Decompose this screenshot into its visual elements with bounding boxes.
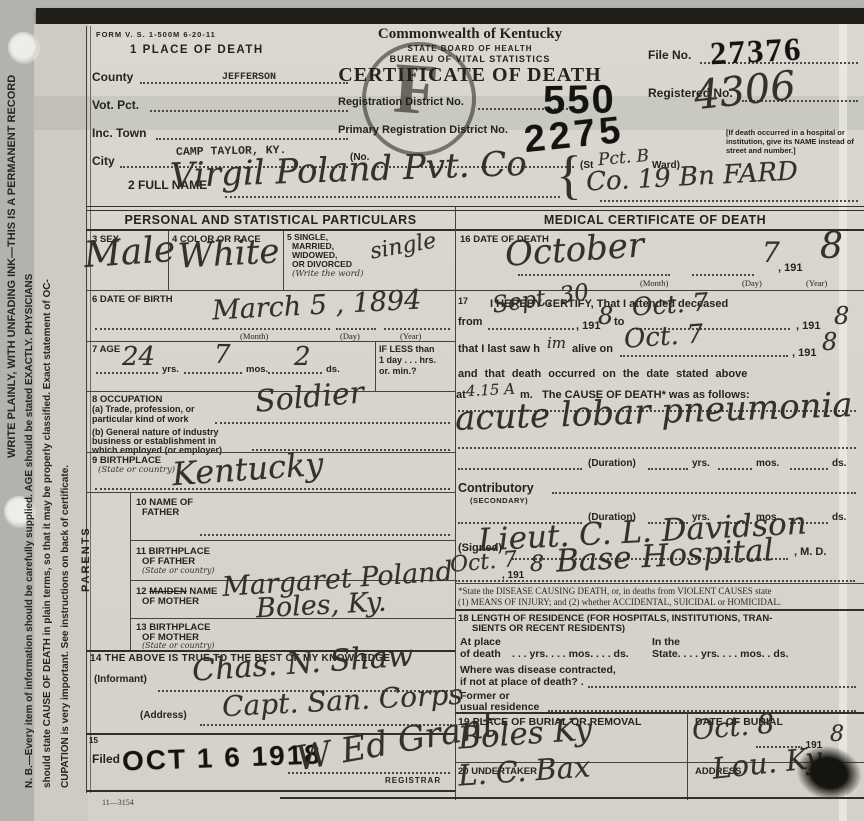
parents-label: PARENTS — [80, 526, 92, 592]
alive-line — [620, 355, 788, 357]
contracted-line — [588, 686, 856, 688]
age-yrs-label: yrs. — [162, 364, 179, 375]
inc-town-label: Inc. Town — [92, 126, 146, 140]
footnote-line-1: *State the DISEASE CAUSING DEATH, or, in… — [458, 586, 772, 596]
occupation-a-line — [215, 422, 450, 424]
dob-year-sub: (Year) — [400, 331, 421, 341]
mother-name-label-2: OF MOTHER — [142, 596, 199, 607]
medical-section-title: MEDICAL CERTIFICATE OF DEATH — [455, 213, 855, 227]
age-less-2: 1 day . . . hrs. — [379, 355, 436, 365]
contributory-line — [552, 492, 856, 494]
marital-note: (Write the word) — [292, 269, 363, 279]
last-saw-label: that I last saw h — [458, 343, 540, 355]
duration-label-1: (Duration) — [588, 458, 636, 469]
alive-on-label: alive on — [572, 343, 613, 355]
duration-line-1a — [458, 468, 582, 470]
duration-line-1d — [790, 468, 828, 470]
parents-line-540 — [130, 540, 455, 541]
duration-ds-2: ds. — [832, 512, 846, 523]
duration-line-1c — [718, 468, 752, 470]
age-line-2 — [184, 372, 242, 374]
in-the-label: In the — [652, 636, 680, 648]
sex-value: Male — [83, 229, 177, 276]
dob-day-sub: (Day) — [340, 331, 360, 341]
occurred-text: and that death occurred on the date stat… — [458, 368, 747, 380]
form-left-border-inner — [90, 26, 91, 793]
duration-mos-1: mos. — [756, 458, 779, 469]
death-year-printed: , 191 — [778, 262, 802, 274]
death-certificate-scan: WRITE PLAINLY, WITH UNFADING INK—THIS IS… — [0, 0, 864, 821]
burial-divider — [687, 712, 688, 800]
full-name-line — [225, 196, 560, 198]
footnote-top-rule — [455, 583, 864, 584]
race-marital-divider — [283, 231, 284, 290]
age-ds-label: ds. — [326, 364, 340, 375]
registrar-label: REGISTRAR — [385, 776, 441, 785]
place-of-death-heading: 1 PLACE OF DEATH — [130, 44, 264, 56]
age-days-value: 2 — [294, 342, 311, 372]
at-place-label-2: of death — [460, 648, 501, 660]
vot-pct-line — [150, 110, 348, 112]
dob-line-3 — [384, 328, 450, 330]
vot-pct-label: Vot. Pct. — [92, 98, 139, 112]
signed-place-line — [455, 580, 855, 582]
death-month-sub: (Month) — [640, 278, 668, 288]
address-label: (Address) — [140, 710, 187, 721]
death-year-sub: (Year) — [806, 278, 827, 288]
state-units: State. . . . yrs. . . . mos. . ds. — [652, 648, 789, 660]
from-year-digit: 8 — [598, 302, 613, 330]
signed-year-digit: 8 — [530, 552, 544, 577]
footnote-bottom-rule — [455, 609, 864, 611]
death-month-line — [518, 274, 670, 276]
dob-month-sub: (Month) — [240, 331, 268, 341]
mother-birthplace-note: (State or country) — [142, 641, 215, 650]
filed-label: Filed — [92, 752, 120, 766]
margin-note-line4: CUPATION is very important. See instruct… — [60, 18, 71, 788]
age-less-1: IF LESS than — [379, 344, 435, 354]
row-line-492 — [86, 492, 455, 493]
secondary-note: (SECONDARY) — [470, 496, 528, 505]
dob-line-1 — [95, 328, 330, 330]
duration-line-1b — [648, 468, 688, 470]
county-label: County — [92, 70, 133, 84]
death-year-digit: 8 — [820, 226, 843, 267]
him-value: im — [547, 334, 566, 352]
contracted-label-1: Where was disease contracted, — [460, 664, 616, 676]
to-year-digit: 8 — [834, 302, 849, 330]
age-months-value: 7 — [214, 340, 231, 370]
from-line — [488, 328, 574, 330]
from-year-printed: , 191 — [576, 320, 600, 332]
brace: { — [556, 144, 582, 206]
dob-line-2 — [336, 328, 376, 330]
parents-line-618 — [130, 618, 455, 619]
age-label: 7 AGE — [92, 344, 120, 355]
file-no-label: File No. — [648, 48, 691, 62]
section-title-rule — [86, 229, 864, 231]
occupation-a-2: particular kind of work — [92, 414, 189, 424]
residence-units-left: . . . yrs. . . . mos. . . . ds. — [512, 648, 629, 660]
at-place-label-1: At place — [460, 636, 501, 648]
f-stamp-letter: F — [391, 47, 441, 133]
burial-year-digit: 8 — [830, 722, 844, 747]
alive-year-printed: , 191 — [792, 347, 816, 359]
header-double-rule — [86, 206, 864, 211]
unit-line — [600, 200, 858, 202]
duration-ds-1: ds. — [832, 458, 846, 469]
form-left-border-outer — [86, 26, 87, 793]
age-line-3 — [268, 372, 322, 374]
undertaker-bottom-rule — [280, 797, 864, 799]
hospital-note: [If death occurred in a hospital or inst… — [726, 128, 856, 155]
marital-label-4: OR DIVORCED — [292, 259, 352, 269]
attended-to-value: Oct. 7 — [631, 287, 709, 321]
residence-bottom-rule — [455, 712, 864, 714]
sex-race-divider — [168, 231, 169, 290]
race-value: White — [177, 231, 280, 276]
age-line-1 — [96, 372, 158, 374]
age-less-3: or. min.? — [379, 366, 417, 376]
father-name-line — [200, 534, 450, 536]
personal-section-title: PERSONAL AND STATISTICAL PARTICULARS — [86, 213, 455, 227]
to-year-printed: , 191 — [796, 320, 820, 332]
form-number: FORM V. S. 1-500M 6-20-11 — [96, 30, 216, 39]
margin-note-line1: WRITE PLAINLY, WITH UNFADING INK—THIS IS… — [6, 0, 18, 788]
from-label: from — [458, 316, 482, 328]
residence-label-2: SIENTS OR RECENT RESIDENTS) — [472, 623, 625, 634]
dob-label: 6 DATE OF BIRTH — [92, 294, 173, 305]
contracted-label-2: if not at place of death? . — [460, 676, 584, 688]
death-day-sub: (Day) — [742, 278, 762, 288]
death-day-line — [692, 274, 754, 276]
md-label: , M. D. — [794, 546, 826, 558]
commonwealth-heading: Commonwealth of Kentucky — [350, 26, 590, 43]
age-mos-label: mos. — [246, 364, 268, 375]
plate-number: 11—3154 — [102, 798, 134, 807]
age-less-divider — [375, 341, 376, 391]
alive-year-digit: 8 — [822, 328, 837, 356]
age-years-value: 24 — [122, 342, 155, 372]
informant-label: (Informant) — [94, 674, 147, 685]
father-birthplace-note: (State or country) — [142, 566, 215, 575]
margin-note-line3: should state CAUSE OF DEATH in plain ter… — [42, 18, 53, 788]
margin-note-line2: N. B.—Every item of information should b… — [24, 18, 35, 788]
contributory-label: Contributory — [458, 481, 534, 495]
occupation-a-1: (a) Trade, profession, or — [92, 404, 195, 414]
certify-item-no: 17 — [458, 296, 468, 306]
filed-item-no: 15 — [89, 736, 98, 745]
parents-inner-divider — [130, 492, 131, 650]
cause-line-bottom — [458, 447, 856, 449]
footnote-line-2: (1) MEANS OF INJURY; and (2) whether ACC… — [458, 597, 781, 607]
birthplace-note: (State or country) — [98, 465, 175, 475]
duration-yrs-1: yrs. — [692, 458, 710, 469]
left-bottom-rule — [86, 790, 455, 792]
inc-town-line — [156, 138, 348, 140]
father-name-label-2: FATHER — [142, 507, 179, 518]
city-label: City — [92, 154, 115, 168]
last-seen-value: Oct. 7 — [623, 319, 704, 354]
county-value: JEFFERSON — [222, 72, 276, 83]
birthplace-line — [95, 488, 450, 490]
